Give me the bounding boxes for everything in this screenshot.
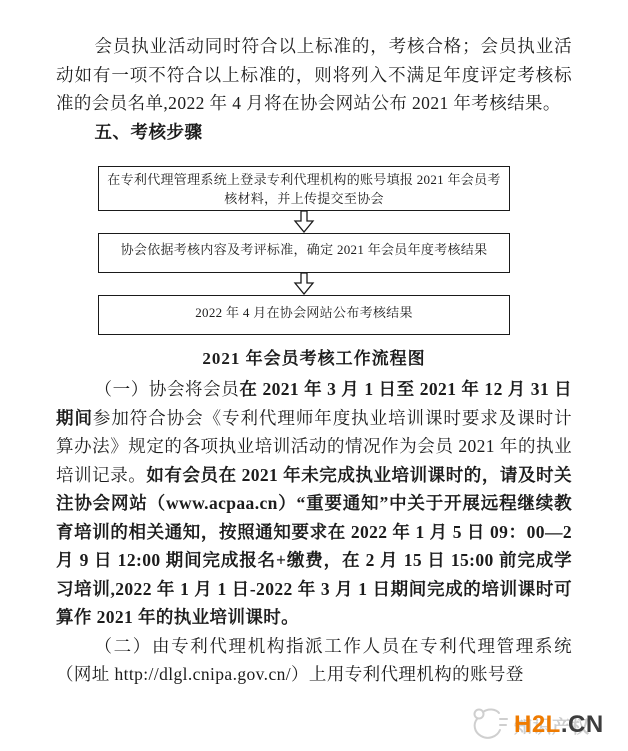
flowchart-caption: 2021 年会员考核工作流程图 — [56, 344, 572, 369]
down-arrow-icon — [98, 211, 510, 233]
section-heading: 五、考核步骤 — [56, 118, 572, 147]
down-arrow-icon — [98, 273, 510, 295]
assessment-flowchart: 在专利代理管理系统上登录专利代理机构的账号填报 2021 年会员考核材料，并上传… — [98, 166, 510, 335]
watermark-brand-main: H2L — [514, 711, 561, 738]
paragraph-intro: 会员执业活动同时符合以上标准的，考核合格；会员执业活动如有一项不符合以上标准的，… — [56, 32, 572, 118]
flowchart-step-1: 在专利代理管理系统上登录专利代理机构的账号填报 2021 年会员考核材料，并上传… — [98, 166, 510, 211]
hand-logo-icon — [470, 705, 510, 746]
site-watermark: 知识产权 H2L.CN — [470, 701, 626, 745]
paragraph-item-2: （二）由专利代理机构指派工作人员在专利代理管理系统（网址 http://dlgl… — [56, 632, 572, 689]
watermark-brand: H2L.CN — [514, 712, 604, 738]
flowchart-step-2: 协会依据考核内容及考评标准，确定 2021 年会员年度考核结果 — [98, 233, 510, 273]
body-paragraphs: （一）协会将会员在 2021 年 3 月 1 日至 2021 年 12 月 31… — [56, 375, 572, 689]
paragraph-item-1: （一）协会将会员在 2021 年 3 月 1 日至 2021 年 12 月 31… — [56, 375, 572, 632]
document-page: 会员执业活动同时符合以上标准的，考核合格；会员执业活动如有一项不符合以上标准的，… — [0, 0, 628, 751]
watermark-brand-suffix: .CN — [561, 711, 604, 738]
document-content: 会员执业活动同时符合以上标准的，考核合格；会员执业活动如有一项不符合以上标准的，… — [0, 0, 628, 689]
flowchart-step-3: 2022 年 4 月在协会网站公布考核结果 — [98, 295, 510, 335]
